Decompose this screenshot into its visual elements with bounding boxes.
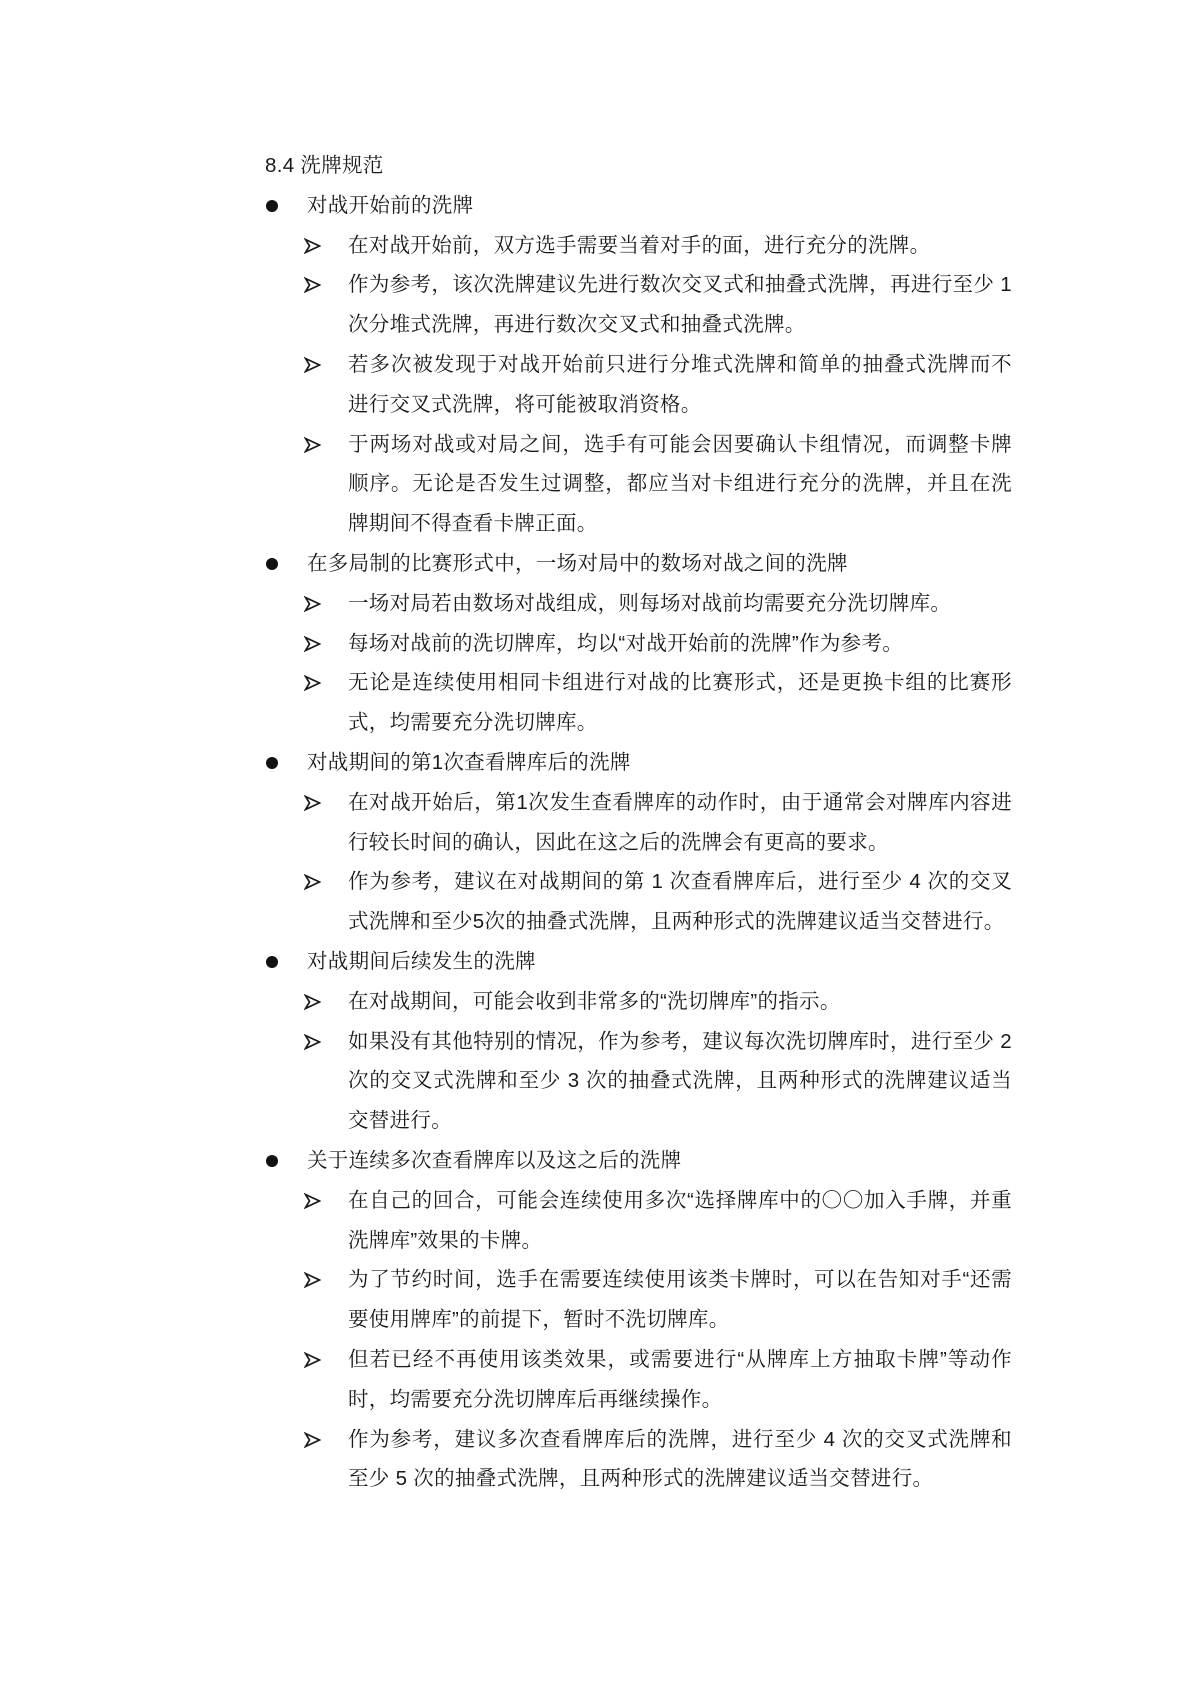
list-item: 作为参考，建议多次查看牌库后的洗牌，进行至少 4 次的交叉式洗牌和至少 5 次的… <box>264 1420 1012 1500</box>
bullet-circle-icon <box>266 558 278 570</box>
list-item-text: 一场对局若由数场对战组成，则每场对战前均需要充分洗切牌库。 <box>348 592 951 615</box>
arrowhead-bullet-icon <box>304 437 321 453</box>
bullet-circle-icon <box>266 956 278 968</box>
section-heading: 关于连续多次查看牌库以及这之后的洗牌 <box>264 1141 1012 1181</box>
page-title: 8.4 洗牌规范 <box>264 146 1012 186</box>
list-item-text: 为了节约时间，选手在需要连续使用该类卡牌时，可以在告知对手“还需要使用牌库”的前… <box>348 1268 1012 1331</box>
section-heading-text: 对战期间的第1次查看牌库后的洗牌 <box>307 751 631 774</box>
list-item: 如果没有其他特别的情况，作为参考，建议每次洗切牌库时，进行至少 2 次的交叉式洗… <box>264 1022 1012 1141</box>
list-item: 于两场对战或对局之间，选手有可能会因要确认卡组情况，而调整卡牌顺序。无论是否发生… <box>264 425 1012 544</box>
list-item: 每场对战前的洗切牌库，均以“对战开始前的洗牌”作为参考。 <box>264 624 1012 664</box>
list-item: 若多次被发现于对战开始前只进行分堆式洗牌和简单的抽叠式洗牌而不进行交叉式洗牌，将… <box>264 345 1012 425</box>
list-item: 在对战开始后，第1次发生查看牌库的动作时，由于通常会对牌库内容进行较长时间的确认… <box>264 783 1012 863</box>
arrowhead-bullet-icon <box>304 1034 321 1050</box>
section-heading: 在多局制的比赛形式中，一场对局中的数场对战之间的洗牌 <box>264 544 1012 584</box>
list-item: 在对战开始前，双方选手需要当着对手的面，进行充分的洗牌。 <box>264 226 1012 266</box>
list-item: 一场对局若由数场对战组成，则每场对战前均需要充分洗切牌库。 <box>264 584 1012 624</box>
list-item-text: 作为参考，建议在对战期间的第 1 次查看牌库后，进行至少 4 次的交叉式洗牌和至… <box>348 870 1012 933</box>
list-item-text: 若多次被发现于对战开始前只进行分堆式洗牌和简单的抽叠式洗牌而不进行交叉式洗牌，将… <box>348 353 1012 416</box>
arrowhead-bullet-icon <box>304 874 321 890</box>
list-item-text: 每场对战前的洗切牌库，均以“对战开始前的洗牌”作为参考。 <box>348 632 903 655</box>
arrowhead-bullet-icon <box>304 675 321 691</box>
arrowhead-bullet-icon <box>304 357 321 373</box>
section-heading-text: 在多局制的比赛形式中，一场对局中的数场对战之间的洗牌 <box>307 552 848 575</box>
list-item-text: 于两场对战或对局之间，选手有可能会因要确认卡组情况，而调整卡牌顺序。无论是否发生… <box>348 433 1012 536</box>
arrowhead-bullet-icon <box>304 277 321 293</box>
bullet-circle-icon <box>266 1155 278 1167</box>
section-heading: 对战开始前的洗牌 <box>264 186 1012 226</box>
arrowhead-bullet-icon <box>304 238 321 254</box>
arrowhead-bullet-icon <box>304 636 321 652</box>
arrowhead-bullet-icon <box>304 1272 321 1288</box>
list-item-text: 无论是连续使用相同卡组进行对战的比赛形式，还是更换卡组的比赛形式，均需要充分洗切… <box>348 671 1012 734</box>
list-item-text: 作为参考，建议多次查看牌库后的洗牌，进行至少 4 次的交叉式洗牌和至少 5 次的… <box>348 1428 1012 1491</box>
list-item-text: 在对战开始后，第1次发生查看牌库的动作时，由于通常会对牌库内容进行较长时间的确认… <box>348 791 1012 854</box>
list-item: 作为参考，建议在对战期间的第 1 次查看牌库后，进行至少 4 次的交叉式洗牌和至… <box>264 862 1012 942</box>
list-item: 无论是连续使用相同卡组进行对战的比赛形式，还是更换卡组的比赛形式，均需要充分洗切… <box>264 663 1012 743</box>
list-item-text: 但若已经不再使用该类效果，或需要进行“从牌库上方抽取卡牌”等动作时，均需要充分洗… <box>348 1348 1012 1411</box>
list-item: 作为参考，该次洗牌建议先进行数次交叉式和抽叠式洗牌，再进行至少 1 次分堆式洗牌… <box>264 265 1012 345</box>
bullet-circle-icon <box>266 200 278 212</box>
list-item: 为了节约时间，选手在需要连续使用该类卡牌时，可以在告知对手“还需要使用牌库”的前… <box>264 1260 1012 1340</box>
arrowhead-bullet-icon <box>304 596 321 612</box>
bullet-circle-icon <box>266 757 278 769</box>
arrowhead-bullet-icon <box>304 1432 321 1448</box>
arrowhead-bullet-icon <box>304 1352 321 1368</box>
arrowhead-bullet-icon <box>304 1193 321 1209</box>
list-item-text: 作为参考，该次洗牌建议先进行数次交叉式和抽叠式洗牌，再进行至少 1 次分堆式洗牌… <box>348 273 1012 336</box>
list-item-text: 在自己的回合，可能会连续使用多次“选择牌库中的〇〇加入手牌，并重洗牌库”效果的卡… <box>348 1189 1012 1252</box>
arrowhead-bullet-icon <box>304 994 321 1010</box>
section-heading: 对战期间的第1次查看牌库后的洗牌 <box>264 743 1012 783</box>
list-item-text: 如果没有其他特别的情况，作为参考，建议每次洗切牌库时，进行至少 2 次的交叉式洗… <box>348 1030 1012 1133</box>
list-item: 在自己的回合，可能会连续使用多次“选择牌库中的〇〇加入手牌，并重洗牌库”效果的卡… <box>264 1181 1012 1261</box>
list-item: 但若已经不再使用该类效果，或需要进行“从牌库上方抽取卡牌”等动作时，均需要充分洗… <box>264 1340 1012 1420</box>
section-heading-text: 对战期间后续发生的洗牌 <box>307 950 536 973</box>
section-heading: 对战期间后续发生的洗牌 <box>264 942 1012 982</box>
arrowhead-bullet-icon <box>304 795 321 811</box>
section-heading-text: 关于连续多次查看牌库以及这之后的洗牌 <box>307 1149 681 1172</box>
document-page: 8.4 洗牌规范 对战开始前的洗牌 在对战开始前，双方选手需要当着对手的面，进行… <box>0 0 1190 1683</box>
list-item-text: 在对战开始前，双方选手需要当着对手的面，进行充分的洗牌。 <box>348 234 930 257</box>
document-content: 8.4 洗牌规范 对战开始前的洗牌 在对战开始前，双方选手需要当着对手的面，进行… <box>264 146 1012 1499</box>
list-item: 在对战期间，可能会收到非常多的“洗切牌库”的指示。 <box>264 982 1012 1022</box>
list-item-text: 在对战期间，可能会收到非常多的“洗切牌库”的指示。 <box>348 990 841 1013</box>
section-heading-text: 对战开始前的洗牌 <box>307 194 473 217</box>
